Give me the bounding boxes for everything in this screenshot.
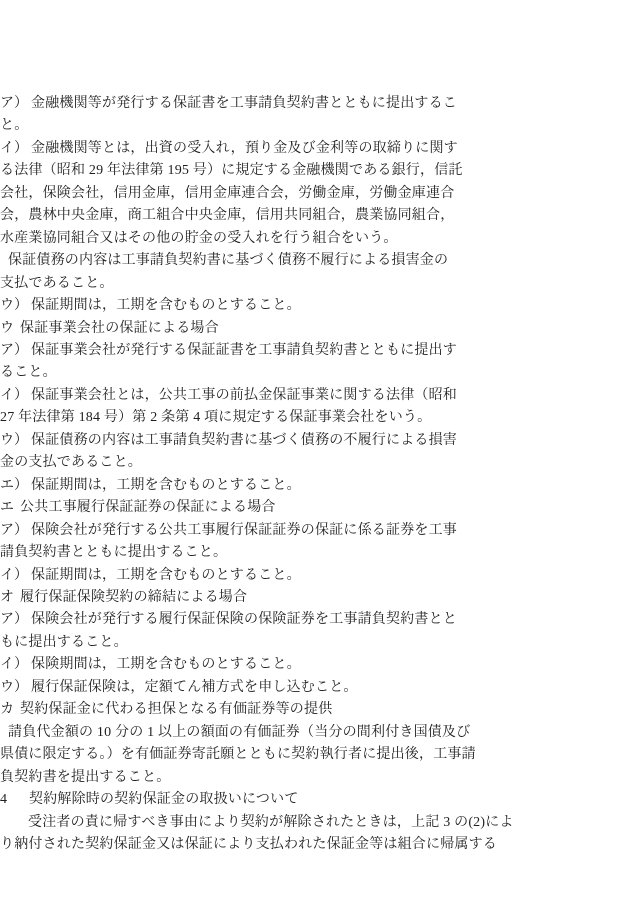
text-line: 請負代金額の 10 分の 1 以上の額面の有価証券（当分の間利付き国債及び [8,725,470,740]
text-line: 保証債務の内容は工事請負契約書に基づく債務の不履行による損害 [31,433,457,448]
list-marker: エ [0,497,20,519]
paragraph-item: カ契約保証金に代わる担保となる有価証券等の提供 [0,699,557,721]
paragraph-sub: （ア）保険会社が発行する公共工事履行保証証券の保証に係る証券を工事請負契約書とと… [0,520,557,565]
text-line: 保証事業会社が発行する保証証書を工事請負契約書とともに提出す [31,343,457,358]
paragraph-sub: （ア）保険会社が発行する履行保証保険の保険証券を工事請負契約書とともに提出するこ… [0,609,557,654]
text-line: 保険期間は，工期を含むものとすること。 [31,657,301,672]
text-line: 契約解除時の契約保証金の取扱いについて [29,792,299,807]
list-marker: （ウ） [0,677,31,699]
text-line: 会社，保険会社，信用金庫，信用金庫連合会，労働金庫，労働金庫連合 [0,186,454,201]
text-line: 会，農林中央金庫，商工組合中央金庫，信用共同組合，農業協同組合， [0,208,454,223]
paragraph-body2: 請負代金額の 10 分の 1 以上の額面の有価証券（当分の間利付き国債及び県債に… [0,722,557,789]
text-line: 負契約書を提出すること。 [0,770,170,785]
paragraph-sub: （ア）金融機関等が発行する保証書を工事請負契約書とともに提出すること。 [0,93,557,138]
paragraph-sub: （イ）保証事業会社とは，公共工事の前払金保証事業に関する法律（昭和27 年法律第… [0,385,557,430]
document-body: （ア）金融機関等が発行する保証書を工事請負契約書とともに提出すること。（イ）金融… [0,93,557,856]
text-line: 水産業協同組合又はその他の貯金の受入れを行う組合をいう。 [0,231,398,246]
paragraph-sub: （エ）保証期間は，工期を含むものとすること。 [0,475,557,497]
list-marker: （イ） [0,565,31,587]
list-marker: オ [0,587,20,609]
paragraph-sub: （ウ）保証期間は，工期を含むものとすること。 [0,295,557,317]
document-page: （ア）金融機関等が発行する保証書を工事請負契約書とともに提出すること。（イ）金融… [0,0,630,903]
paragraph-body2: 保証債務の内容は工事請負契約書に基づく債務不履行による損害金の支払であること。 [0,250,557,295]
text-line: 保証債務の内容は工事請負契約書に基づく債務不履行による損害金の [8,253,448,268]
list-marker: （ア） [0,340,31,362]
paragraph-sub: （ウ）履行保証保険は，定額てん補方式を申し込むこと。 [0,677,557,699]
paragraph-item: ウ保証事業会社の保証による場合 [0,318,557,340]
list-marker: （ウ） [0,295,31,317]
text-line: 履行保証保険契約の締結による場合 [20,590,247,605]
text-line: 保証期間は，工期を含むものとすること。 [31,568,301,583]
text-line: 保証事業会社とは，公共工事の前払金保証事業に関する法律（昭和 [31,388,457,403]
paragraph-sub: （イ）金融機関等とは，出資の受入れ，預り金及び金利等の取締りに関する法律（昭和 … [0,138,557,250]
paragraph-num: 4契約解除時の契約保証金の取扱いについて [0,789,557,811]
paragraph-sub: （ウ）保証債務の内容は工事請負契約書に基づく債務の不履行による損害金の支払である… [0,430,557,475]
text-line: り納付された契約保証金又は保証により支払われた保証金等は組合に帰属する [0,837,497,852]
text-line: 金融機関等とは，出資の受入れ，預り金及び金利等の取締りに関す [31,141,458,156]
list-marker: （イ） [0,654,31,676]
paragraph-sub: （ア）保証事業会社が発行する保証証書を工事請負契約書とともに提出すること。 [0,340,557,385]
text-line: と。 [0,118,28,133]
text-line: る法律（昭和 29 年法律第 195 号）に規定する金融機関である銀行，信託 [0,163,463,178]
text-line: 受注者の責に帰すべき事由により契約が解除されたときは，上記 3 の(2)によ [28,815,514,830]
text-line: 保険会社が発行する履行保証保険の保険証券を工事請負契約書とと [31,612,457,627]
paragraph-sub: （イ）保険期間は，工期を含むものとすること。 [0,654,557,676]
list-marker: （ア） [0,609,31,631]
paragraph-body1: 受注者の責に帰すべき事由により契約が解除されたときは，上記 3 の(2)により納… [0,812,557,857]
text-line: 支払であること。 [0,276,114,291]
list-marker: （ウ） [0,430,31,452]
text-line: ること。 [0,365,57,380]
list-marker: （エ） [0,475,31,497]
paragraph-item: エ公共工事履行保証証券の保証による場合 [0,497,557,519]
text-line: 27 年法律第 184 号）第 2 条第 4 項に規定する保証事業会社をいう。 [0,410,431,425]
text-line: もに提出すること。 [0,635,128,650]
list-marker: カ [0,699,20,721]
text-line: 公共工事履行保証証券の保証による場合 [20,500,276,515]
list-marker: （ア） [0,93,31,115]
paragraph-sub: （イ）保証期間は，工期を含むものとすること。 [0,565,557,587]
list-marker: （イ） [0,385,31,407]
list-marker: （イ） [0,138,31,160]
list-marker: ウ [0,318,20,340]
list-marker: （ア） [0,520,31,542]
text-line: 契約保証金に代わる担保となる有価証券等の提供 [20,702,332,717]
text-line: 金融機関等が発行する保証書を工事請負契約書とともに提出するこ [31,96,457,111]
text-line: 県債に限定する。）を有価証券寄託願とともに契約執行者に提出後，工事請 [0,747,476,762]
text-line: 請負契約書とともに提出すること。 [0,545,227,560]
paragraph-item: オ履行保証保険契約の締結による場合 [0,587,557,609]
text-line: 保険会社が発行する公共工事履行保証証券の保証に係る証券を工事 [31,523,457,538]
text-line: 保証期間は，工期を含むものとすること。 [31,298,301,313]
text-line: 金の支払であること。 [0,455,142,470]
text-line: 保証期間は，工期を含むものとすること。 [31,478,301,493]
text-line: 履行保証保険は，定額てん補方式を申し込むこと。 [31,680,358,695]
list-marker: 4 [0,789,29,811]
text-line: 保証事業会社の保証による場合 [20,321,219,336]
